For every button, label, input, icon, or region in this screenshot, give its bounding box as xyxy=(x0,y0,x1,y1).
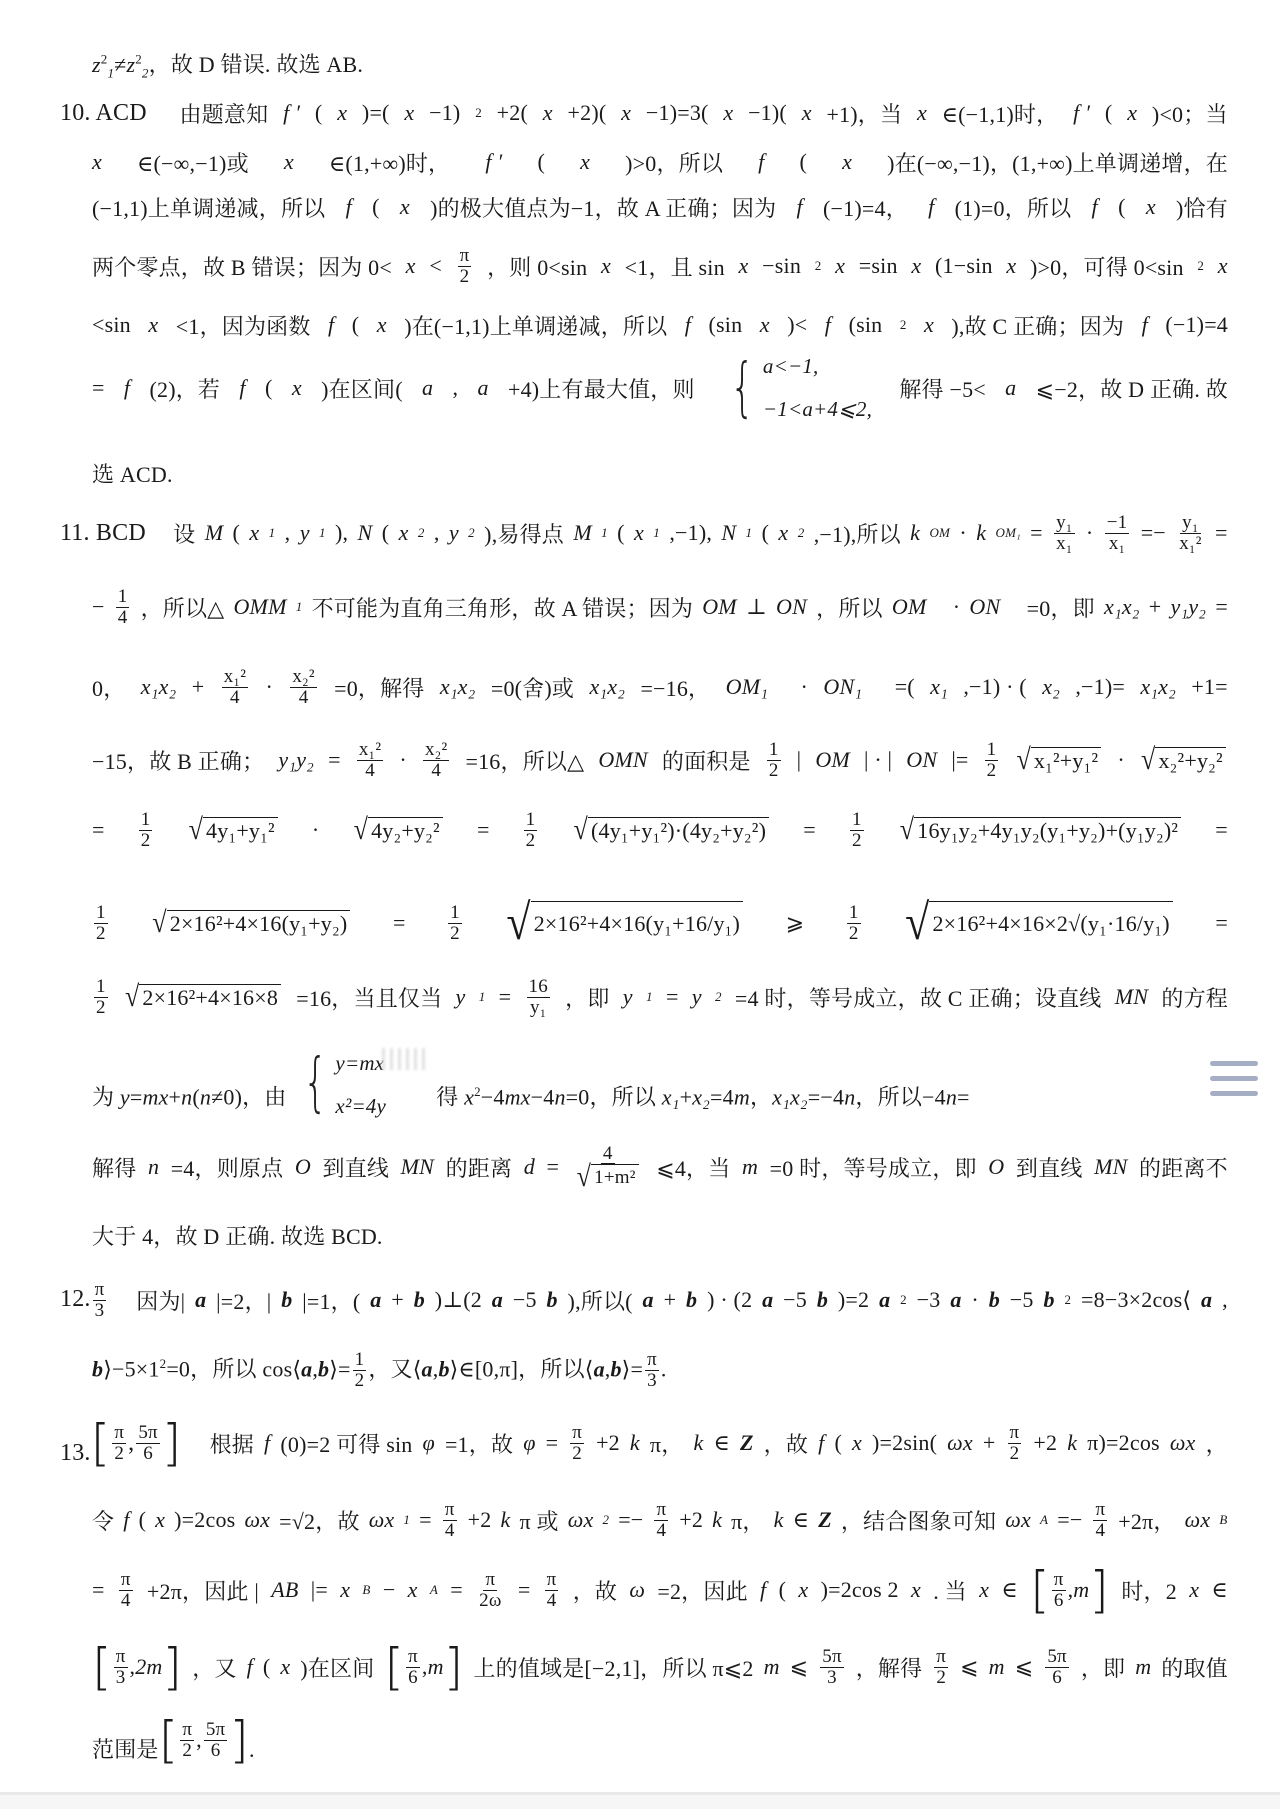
fraction: x₂²4 xyxy=(290,667,316,708)
bottom-bar xyxy=(0,1792,1280,1809)
numerator: x₁² xyxy=(222,667,248,688)
vector-var: a xyxy=(492,1287,503,1313)
denominator: 3 xyxy=(114,1668,128,1688)
math-var: f xyxy=(247,1654,253,1680)
text: = xyxy=(1215,817,1228,843)
text: ≠0)，由 xyxy=(211,1084,286,1109)
closed-interval: [π6,m] xyxy=(1030,1565,1109,1615)
text: + xyxy=(983,1430,996,1456)
text-line: 0，x₁x₂+x₁²4 · x₂²4=0，解得 x₁x₂=0(舍)或 x₁x₂=… xyxy=(92,663,1228,711)
text: )< xyxy=(787,312,807,338)
denominator: 3 xyxy=(93,1301,107,1321)
system-row: y=mx xyxy=(335,1051,384,1075)
numerator: π xyxy=(93,1280,107,1301)
text: =4，则原点 xyxy=(171,1152,284,1183)
math-var: x xyxy=(979,1577,989,1603)
text: (−1)=4， xyxy=(823,192,908,223)
square-root: √1+m² xyxy=(577,1164,639,1190)
text: ⩽4，当 xyxy=(656,1152,730,1183)
text-line: 10. ACD由题意知 f ′(x)=(x−1)2+2(x+2)(x−1)=3(… xyxy=(60,89,1228,137)
text: 到直线 xyxy=(323,1152,390,1183)
math-var: x xyxy=(406,253,416,279)
math-var: ON₁⃗ xyxy=(823,674,879,700)
denominator: 6 xyxy=(406,1668,420,1688)
math-var: MN xyxy=(401,1154,434,1180)
text: ⊥ xyxy=(746,594,767,620)
math-var: x xyxy=(924,312,934,338)
fraction: 12 xyxy=(94,903,108,944)
text: 由题意知 xyxy=(180,98,269,129)
text: 的取值 xyxy=(1161,1652,1228,1683)
radical-sign: √ xyxy=(905,898,929,949)
text: ⟩= xyxy=(329,1356,350,1381)
subscript: 1 xyxy=(403,1512,410,1528)
numerator: 1 xyxy=(524,810,538,831)
math-var: a xyxy=(1005,375,1016,401)
fraction: 12 xyxy=(448,903,462,944)
fraction: x₁²4 xyxy=(222,667,248,708)
math-var: N xyxy=(358,520,373,546)
text: ( xyxy=(762,520,770,546)
math-var: O xyxy=(295,1154,311,1180)
text: = xyxy=(130,1084,143,1109)
answer-fraction: π3 xyxy=(93,1280,107,1321)
math-var: ωx xyxy=(568,1507,594,1533)
numerator: π xyxy=(119,1570,133,1591)
math-var: x₂ xyxy=(1042,674,1060,700)
denominator: 2 xyxy=(1008,1444,1022,1464)
math-var: k xyxy=(1067,1430,1077,1456)
math-var: ωx xyxy=(1185,1507,1211,1533)
text: ，则 0<sin xyxy=(487,251,587,282)
math-var: f xyxy=(928,194,934,220)
text: <sin xyxy=(92,312,131,338)
vector-var: a xyxy=(1201,1287,1212,1313)
superscript: 2 xyxy=(815,258,822,274)
vector-var: a xyxy=(301,1356,312,1381)
text: ，所以△ xyxy=(141,592,225,623)
text: <1，且 sin xyxy=(625,251,725,282)
vector-var: a xyxy=(643,1287,654,1313)
text: + xyxy=(664,1287,677,1313)
fraction: 5π6 xyxy=(204,1720,228,1761)
text: =0(舍)或 xyxy=(491,672,574,703)
equation-system: {y=mxx²=4y xyxy=(295,1048,429,1119)
denominator: 2 xyxy=(570,1444,584,1464)
subscript: A xyxy=(430,1582,438,1598)
math-var: OM₁⃗ xyxy=(726,674,786,700)
left-bracket: [ xyxy=(92,1642,112,1692)
numerator: π xyxy=(406,1647,420,1668)
text: +2 xyxy=(1033,1430,1057,1456)
text: ( xyxy=(834,1430,842,1456)
vector-var: b xyxy=(610,1356,621,1381)
superscript: 2 xyxy=(900,1292,907,1308)
radical-sign: √ xyxy=(152,907,166,938)
fraction: π6 xyxy=(1052,1570,1066,1611)
text: 选 ACD. xyxy=(92,462,173,487)
right-bracket: ] xyxy=(1089,1565,1109,1615)
math-var: n xyxy=(181,1084,192,1109)
text: − xyxy=(383,1577,396,1603)
vector-var: Z xyxy=(818,1507,832,1533)
math-var: f xyxy=(797,194,803,220)
denominator: 4 xyxy=(228,688,242,708)
square-root: √16y₁y₂+4y₁y₂(y₁+y₂)+(y₁y₂)² xyxy=(900,817,1181,844)
vector-var: a xyxy=(422,1356,433,1381)
subscript: 2 xyxy=(468,525,475,541)
comma: , xyxy=(128,1430,134,1457)
text-line: 12.π3因为|a|=2，|b|=1，(a+b)⊥(2a−5b),所以(a+b)… xyxy=(60,1276,1228,1324)
math-var: x xyxy=(852,1430,862,1456)
numerator: π xyxy=(180,1720,194,1741)
text: = xyxy=(92,1577,105,1603)
math-var: x₁x₂ xyxy=(1104,594,1140,620)
text: 设 xyxy=(173,518,195,549)
subscript: 1 xyxy=(479,989,486,1005)
math-var: n xyxy=(148,1154,159,1180)
text: ∈ xyxy=(1001,1577,1018,1603)
math-var: x xyxy=(399,520,409,546)
denominator: 2 xyxy=(767,761,781,781)
text: =0，所以 cos⟨ xyxy=(166,1356,301,1381)
math-var: ON xyxy=(906,747,937,773)
vector-var: b xyxy=(1043,1287,1054,1313)
fraction: 12 xyxy=(850,810,864,851)
math-var: a xyxy=(422,375,433,401)
text: ,−1),所以 xyxy=(814,518,901,549)
text: (−1)=4 xyxy=(1165,312,1228,338)
numerator: x₁² xyxy=(357,740,383,761)
text: = xyxy=(477,817,490,843)
text: (1−sin xyxy=(935,253,993,279)
text: ∈(−1,1)时， xyxy=(942,98,1059,129)
text-line: 12√2×16²+4×16×8=16，当且仅当 y1=16y₁，即 y1=y2=… xyxy=(92,973,1228,1021)
denominator: 3 xyxy=(825,1668,839,1688)
text: | xyxy=(797,747,802,773)
math-var: x₁ xyxy=(930,674,948,700)
radical-sign: √ xyxy=(1016,744,1030,775)
text: <1，因为函数 xyxy=(176,310,311,341)
question-number-label: 10. ACD xyxy=(60,100,147,126)
fraction: x₂²4 xyxy=(423,740,449,781)
fraction: π2 xyxy=(570,1423,584,1464)
math-var: x xyxy=(284,149,294,175)
left-brace: { xyxy=(730,356,755,420)
math-var: ωx xyxy=(369,1507,395,1533)
denominator: 3 xyxy=(645,1371,659,1391)
text: 的距离 xyxy=(446,1152,513,1183)
text: +2π， xyxy=(1118,1505,1175,1536)
question-number-label: 12. xyxy=(60,1286,91,1312)
fraction: π2 xyxy=(180,1720,194,1761)
fraction: π2 xyxy=(934,1647,948,1688)
text: ),易得点 xyxy=(484,518,564,549)
text: ≠ xyxy=(114,52,126,77)
blurred-artifact xyxy=(382,1048,428,1070)
text: +2( xyxy=(497,100,528,126)
text: ( xyxy=(263,1654,271,1680)
math-var: x xyxy=(404,100,414,126)
menu-button[interactable] xyxy=(1210,1054,1258,1102)
text-line: 为 y=mx+n(n≠0)，由{y=mxx²=4y得 x2−4mx−4n=0，所… xyxy=(92,1059,1228,1107)
math-var: m xyxy=(1073,1577,1089,1603)
text: ，即 xyxy=(1081,1652,1125,1683)
text: = xyxy=(546,1430,559,1456)
text: =sin xyxy=(859,253,898,279)
numerator: 5π xyxy=(204,1720,228,1741)
fraction: π6 xyxy=(406,1647,420,1688)
text: = xyxy=(92,817,105,843)
numerator: 1 xyxy=(353,1350,367,1371)
fraction: π4 xyxy=(654,1500,668,1541)
radicand: 2×16²+4×16(y₁+y₂) xyxy=(167,910,351,937)
text: ( xyxy=(1105,100,1113,126)
text: =0，所以 xyxy=(566,1084,662,1109)
subscript: 2 xyxy=(715,989,722,1005)
text: · xyxy=(399,747,407,773)
denominator: 2 xyxy=(180,1741,194,1761)
right-bracket: ] xyxy=(229,1715,249,1765)
text: 不可能为直角三角形，故 A 错误；因为 xyxy=(312,592,693,623)
numerator: y₁ xyxy=(1180,513,1201,534)
text: = xyxy=(1030,520,1043,546)
math-var: m xyxy=(764,1654,780,1680)
text: )=2cos 2 xyxy=(821,1577,899,1603)
text: = xyxy=(328,747,341,773)
vector-var: b xyxy=(547,1287,558,1313)
denominator: 6 xyxy=(209,1741,223,1761)
text: | · | xyxy=(864,747,892,773)
math-var: OM xyxy=(815,747,850,773)
radical-sign: √ xyxy=(574,814,588,845)
denominator: 2 xyxy=(448,924,462,944)
text: + xyxy=(1149,594,1162,620)
numerator: π xyxy=(570,1423,584,1444)
text: · xyxy=(971,1287,979,1313)
text: · xyxy=(265,674,273,700)
text: )在(−∞,−1)，(1,+∞)上单调递增，在 xyxy=(887,147,1228,178)
text: =−16， xyxy=(640,672,710,703)
text-line: =f(2)，若 f(x)在区间(a,a+4)上有最大值，则{a<−1,−1<a+… xyxy=(92,364,1228,412)
line-content: b⟩−5×12=0，所以 cos⟨a,b⟩=12，又⟨a,b⟩∈[0,π]，所以… xyxy=(92,1350,667,1391)
radicand: 1+m² xyxy=(591,1164,639,1190)
text: =− xyxy=(1057,1507,1082,1533)
text: ,−1)= xyxy=(1075,674,1125,700)
fraction: 4√1+m² xyxy=(573,1144,643,1191)
text: − xyxy=(92,594,105,620)
math-var: ON xyxy=(776,594,807,620)
text: ∈ xyxy=(1211,1577,1228,1603)
left-bracket: [ xyxy=(384,1642,404,1692)
text: |=1，( xyxy=(302,1285,360,1316)
text: ，所以−4 xyxy=(855,1084,945,1109)
subscript: 1 xyxy=(601,525,608,541)
text: , xyxy=(1222,1287,1228,1313)
numerator: x₂² xyxy=(290,667,316,688)
text: (2)，若 xyxy=(149,373,220,404)
math-var: f xyxy=(239,375,245,401)
square-root: √x₂²+y₂² xyxy=(1141,747,1226,774)
math-var: ω xyxy=(629,1577,645,1603)
numerator: 4 xyxy=(601,1144,615,1165)
text: (−1,1)上单调递减，所以 xyxy=(92,192,325,223)
math-var: x xyxy=(802,100,812,126)
math-var: y xyxy=(300,520,310,546)
text-line: 大于 4，故 D 正确. 故选 BCD. xyxy=(92,1211,1228,1259)
fraction: 12 xyxy=(139,810,153,851)
question-number: 13.[π2,5π6] xyxy=(60,1418,182,1468)
numerator: π xyxy=(1052,1570,1066,1591)
math-var: f ′ xyxy=(485,149,502,175)
right-bracket: ] xyxy=(444,1642,464,1692)
math-var: OMM xyxy=(233,594,286,620)
vector-var: b xyxy=(817,1287,828,1313)
math-var: x xyxy=(634,520,644,546)
math-var: ON⃗ xyxy=(969,594,1017,620)
text: π， xyxy=(650,1428,684,1459)
text: =−4 xyxy=(808,1084,844,1109)
text: )<0；当 xyxy=(1152,98,1228,129)
text: 解得 −5< xyxy=(899,373,986,404)
text: + xyxy=(680,1084,693,1109)
math-var: z xyxy=(92,52,101,77)
radicand: 4y₂+y₂² xyxy=(368,817,443,844)
denominator: x₁ xyxy=(1107,534,1128,554)
denominator: 4 xyxy=(297,688,311,708)
text: 到直线 xyxy=(1016,1152,1083,1183)
math-var: x xyxy=(377,312,387,338)
denominator: 6 xyxy=(1052,1591,1066,1611)
text: . xyxy=(661,1356,667,1381)
text: =16，所以△ xyxy=(465,745,584,776)
denominator: 2 xyxy=(112,1444,126,1464)
system-row: a<−1, xyxy=(763,354,872,379)
math-var: x xyxy=(464,1084,474,1109)
math-var: m xyxy=(989,1654,1005,1680)
math-var: y₁y₂ xyxy=(1171,594,1207,620)
fraction: π4 xyxy=(119,1570,133,1611)
math-var: ωx xyxy=(1170,1430,1196,1456)
line-content: 选 ACD. xyxy=(92,458,173,489)
text: ， xyxy=(1206,1428,1228,1459)
denominator: 2 xyxy=(94,924,108,944)
math-var: ωx xyxy=(244,1507,270,1533)
fraction: 5π6 xyxy=(1045,1647,1069,1688)
system-row: x²=4y xyxy=(335,1094,428,1119)
subscript: A xyxy=(1040,1512,1048,1528)
radical-sign: √ xyxy=(506,898,530,949)
math-var: z xyxy=(126,52,135,77)
text: =1，故 xyxy=(445,1428,513,1459)
text: ⟩∈[0,π]，所以⟨ xyxy=(450,1356,594,1381)
text: ⩽ xyxy=(790,1654,809,1680)
text: 因为| xyxy=(136,1285,185,1316)
square-root: √x₁²+y₁² xyxy=(1016,747,1101,774)
text: )⊥(2 xyxy=(435,1287,482,1313)
text: −15，故 B 正确； xyxy=(92,745,264,776)
math-var: f xyxy=(124,375,130,401)
subscript: B xyxy=(362,1582,370,1598)
text: )>0，可得 0<sin xyxy=(1030,251,1184,282)
text: π)=2cos xyxy=(1087,1430,1160,1456)
math-var: M xyxy=(205,520,224,546)
question-number: 11. BCD xyxy=(60,520,146,547)
math-var: x₁ xyxy=(662,1084,680,1109)
text: |= xyxy=(311,1577,328,1603)
math-var: a xyxy=(477,375,488,401)
math-var: φ xyxy=(523,1430,535,1456)
text-line: 范围是[π2,5π6]. xyxy=(92,1716,1228,1764)
math-var: f xyxy=(346,194,352,220)
math-var: m xyxy=(1135,1654,1151,1680)
hamburger-menu-icon-bar xyxy=(1210,1076,1258,1081)
vector-var: a xyxy=(950,1287,961,1313)
math-var: x xyxy=(911,253,921,279)
math-var: f xyxy=(818,1430,824,1456)
text: = xyxy=(957,1084,970,1109)
subscript: 1 xyxy=(746,525,753,541)
math-var: OM xyxy=(702,594,737,620)
text: , xyxy=(434,520,440,546)
fraction: y₁x₁ xyxy=(1054,513,1075,554)
math-var: x xyxy=(400,194,410,220)
numerator: 1 xyxy=(847,903,861,924)
math-var: 2m xyxy=(135,1654,162,1680)
denominator: 2 xyxy=(934,1668,948,1688)
vector-var: Z xyxy=(740,1430,754,1456)
question-number: 12.π3 xyxy=(60,1280,108,1321)
math-var: x xyxy=(917,100,927,126)
radical-sign: √ xyxy=(125,981,139,1012)
text: =2，因此 xyxy=(657,1575,747,1606)
math-var: N xyxy=(721,520,736,546)
superscript: 2 xyxy=(1064,1292,1071,1308)
fraction: 12 xyxy=(767,740,781,781)
text: = xyxy=(499,984,512,1010)
text: )=2cos xyxy=(174,1507,235,1533)
text-line: 13.[π2,5π6]根据 f(0)=2 可得 sin φ=1，故 φ=π2+2… xyxy=(60,1419,1228,1467)
math-var: m xyxy=(734,1084,750,1109)
question-number: 10. ACD xyxy=(60,100,147,127)
line-content: 为 y=mx+n(n≠0)，由{y=mxx²=4y得 x2−4mx−4n=0，所… xyxy=(92,1048,970,1119)
numerator: π xyxy=(1093,1500,1107,1521)
text-line: −14，所以△OMM1 不可能为直角三角形，故 A 错误；因为 OM⊥ON，所以… xyxy=(92,583,1228,631)
equation-system: {a<−1,−1<a+4⩽2, xyxy=(722,354,872,422)
text-line: 12√2×16²+4×16(y₁+y₂)=12√2×16²+4×16(y₁+16… xyxy=(92,899,1228,947)
math-var: MN xyxy=(1115,984,1148,1010)
fraction: π2 xyxy=(458,246,472,287)
denominator: 2 xyxy=(458,267,472,287)
text: 令 xyxy=(92,1505,114,1536)
text: . 当 xyxy=(933,1575,967,1606)
math-var: AB xyxy=(271,1577,298,1603)
numerator: −1 xyxy=(1105,513,1130,534)
text: =√2，故 xyxy=(279,1505,359,1536)
numerator: π xyxy=(114,1647,128,1668)
radical-sign: √ xyxy=(354,814,368,845)
text: ，故 D 错误. 故选 AB. xyxy=(149,52,363,77)
left-bracket: [ xyxy=(159,1715,179,1765)
text: 大于 4，故 D 正确. 故选 BCD. xyxy=(92,1224,383,1249)
vector-var: b xyxy=(438,1356,449,1381)
text: ，结合图象可知 xyxy=(841,1505,996,1536)
square-root: √2×16²+4×16(y₁+y₂) xyxy=(152,910,350,937)
text: +1= xyxy=(1191,674,1227,700)
text: ( xyxy=(382,520,390,546)
text-line: 解得 n=4，则原点 O 到直线 MN 的距离 d=4√1+m²⩽4，当 m=0… xyxy=(92,1143,1228,1191)
numerator: x₂² xyxy=(423,740,449,761)
